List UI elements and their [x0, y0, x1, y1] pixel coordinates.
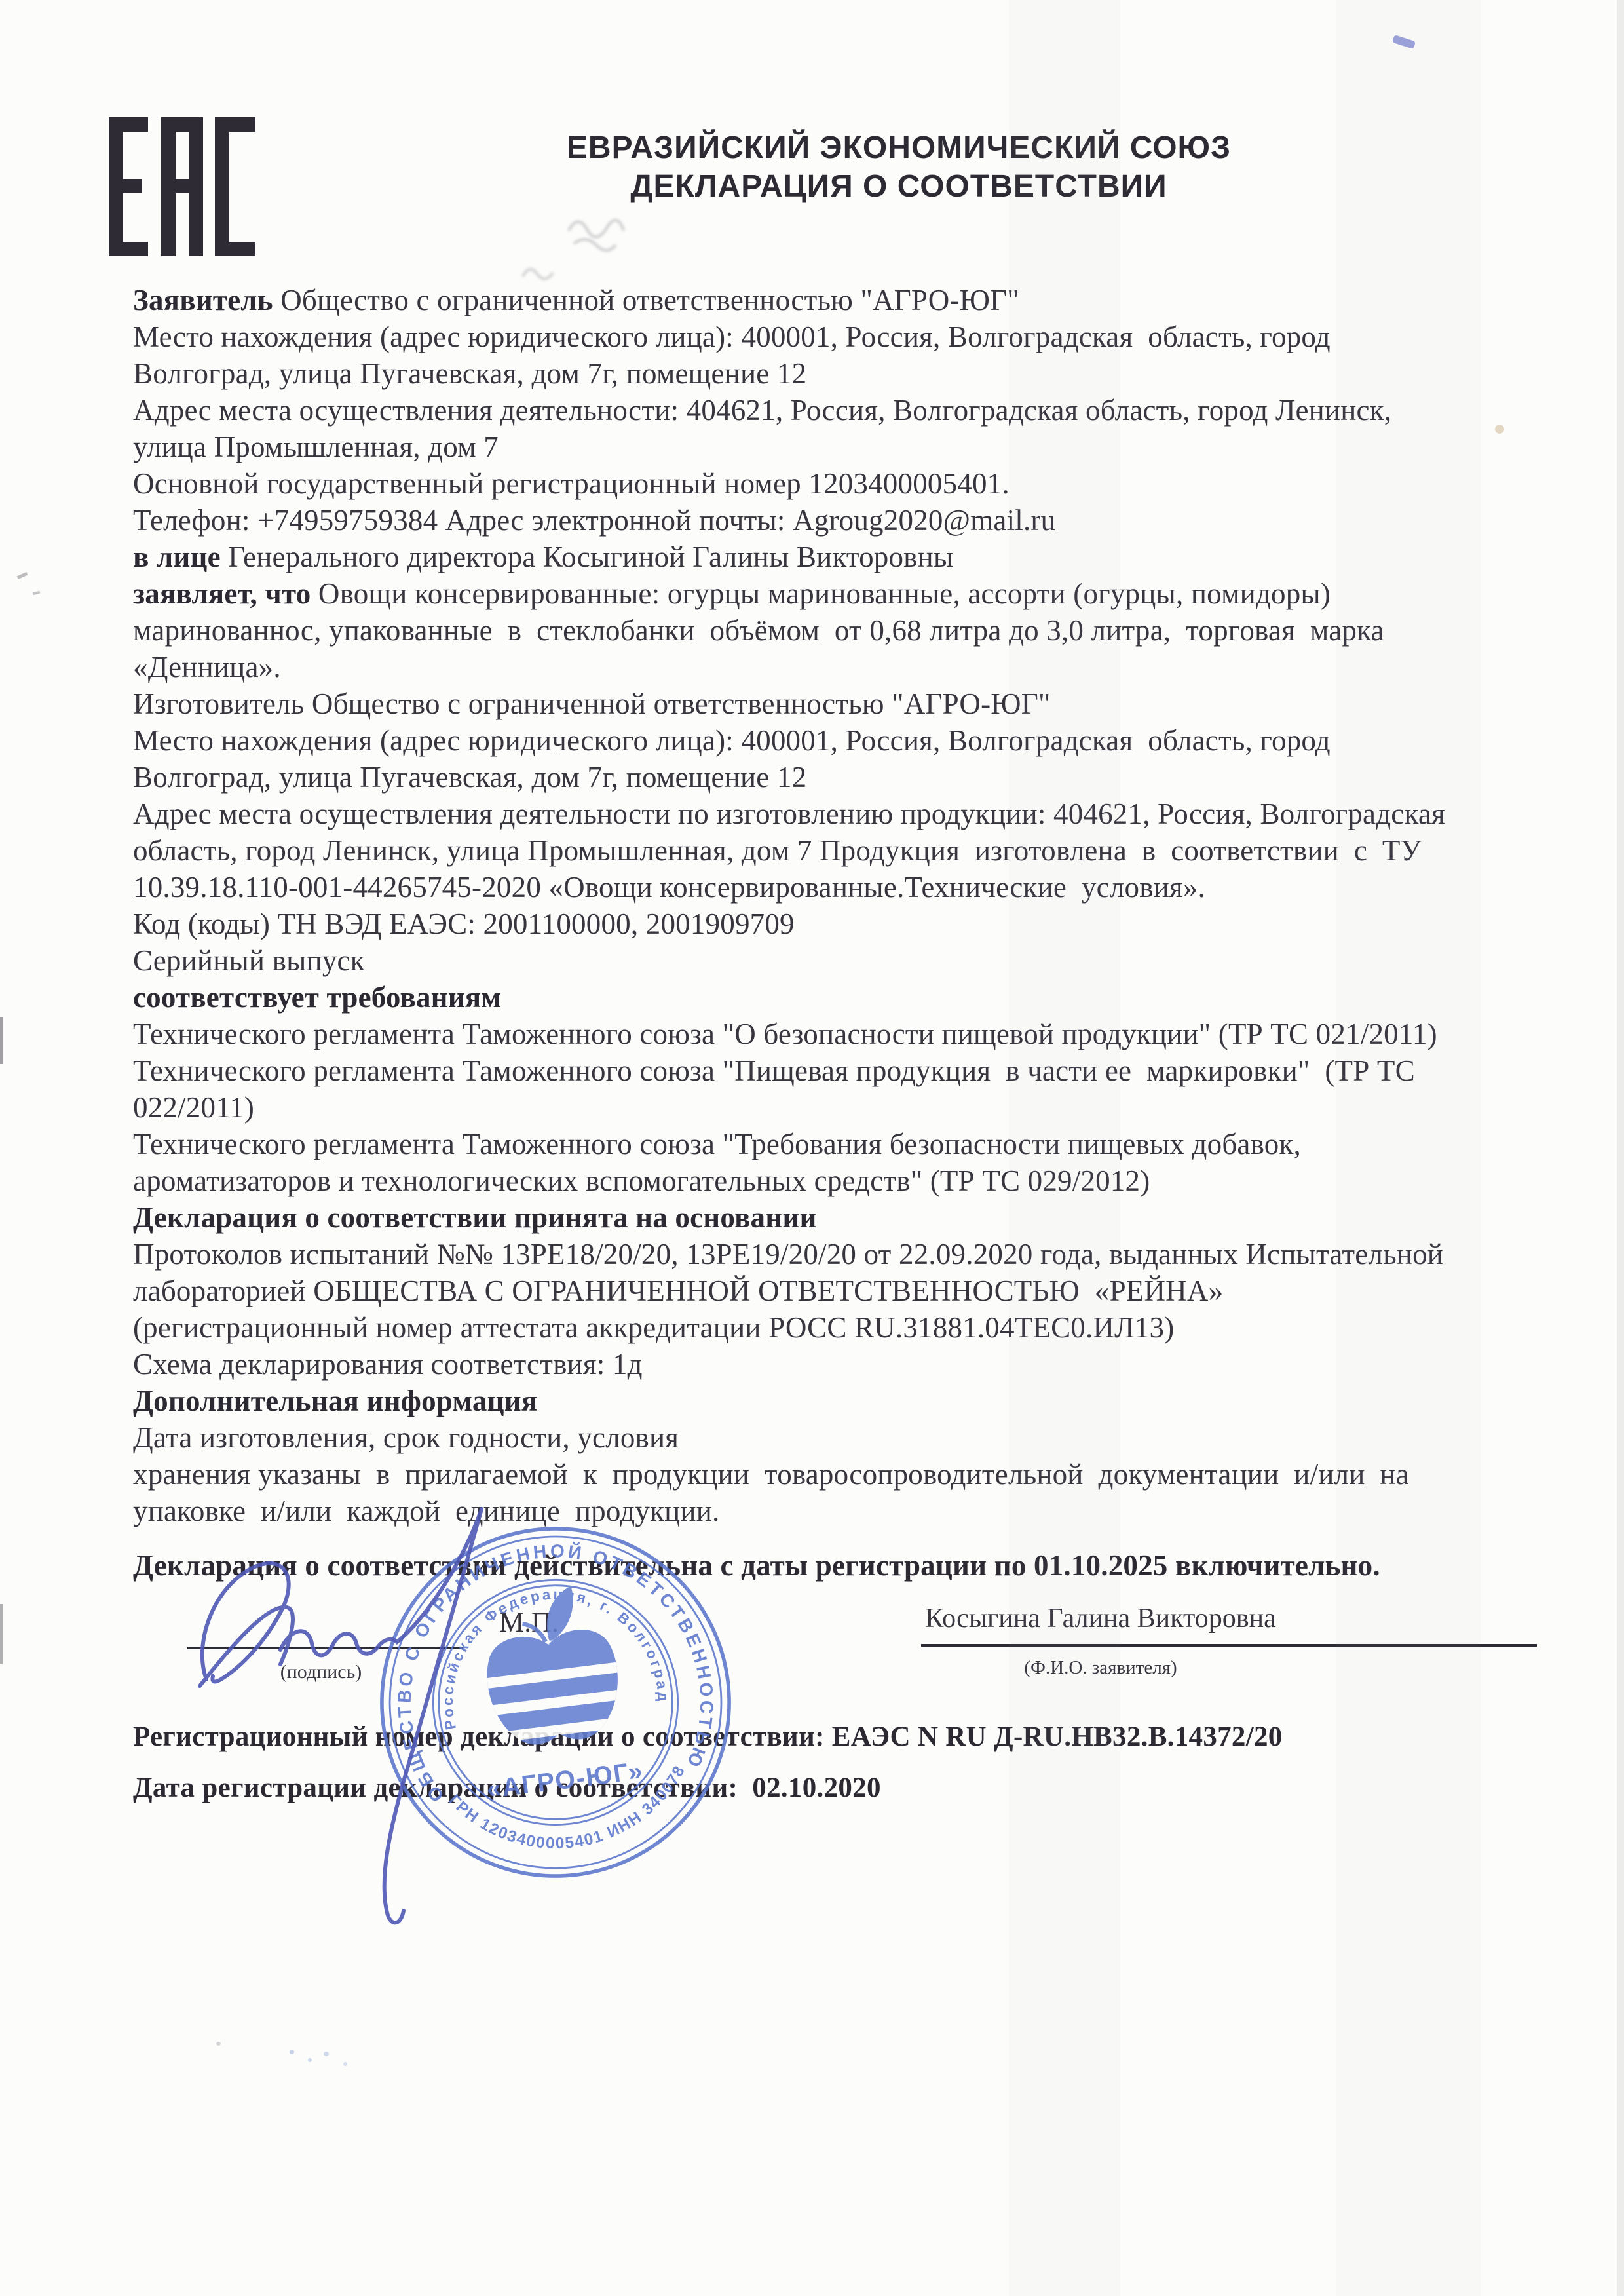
body-line: Код (коды) ТН ВЭД ЕАЭС: 2001100000, 2001…	[133, 906, 1555, 942]
body-line-segment: Телефон: +74959759384 Адрес электронной …	[133, 504, 1055, 537]
body-line: ароматизаторов и технологических вспомог…	[133, 1162, 1555, 1199]
body-line-segment: Протоколов испытаний №№ 13РЕ18/20/20, 13…	[133, 1238, 1443, 1271]
body-line: Адрес места осуществления деятельности п…	[133, 795, 1555, 832]
body-line-segment: Генерального директора Косыгиной Галины …	[221, 541, 954, 573]
body-line: Изготовитель Общество с ограниченной отв…	[133, 685, 1555, 722]
body-line-segment: Технического регламента Таможенного союз…	[133, 1128, 1301, 1160]
registration-number-value: ЕАЭС N RU Д-RU.НВ32.В.14372/20	[832, 1721, 1283, 1752]
body-line-bold-segment: заявляет, что	[133, 577, 311, 610]
body-line-bold-segment: Дополнительная информация	[133, 1385, 537, 1417]
margin-mark	[17, 572, 28, 579]
ink-speck	[290, 2050, 294, 2054]
document-body: Заявитель Общество с ограниченной ответс…	[133, 282, 1555, 1584]
body-line-segment: Основной государственный регистрационный…	[133, 467, 1010, 500]
edge-mark	[0, 1604, 3, 1664]
body-line-segment: лабораторией ОБЩЕСТВА С ОГРАНИЧЕННОЙ ОТВ…	[133, 1274, 1223, 1307]
body-line: 10.39.18.110-001-44265745-2020 «Овощи ко…	[133, 869, 1555, 906]
scan-edge	[1617, 0, 1624, 2296]
applicant-name: Косыгина Галина Викторовна	[858, 1603, 1343, 1634]
body-line-segment: Адрес места осуществления деятельности: …	[133, 394, 1391, 427]
handwritten-signature	[183, 1486, 511, 1961]
body-line-bold-segment: Заявитель	[133, 284, 273, 316]
body-line: Протоколов испытаний №№ 13РЕ18/20/20, 13…	[133, 1236, 1555, 1272]
body-line-segment: Волгоград, улица Пугачевская, дом 7г, по…	[133, 357, 806, 390]
paper-spot	[1495, 425, 1504, 434]
body-line-bold-segment: в лице	[133, 541, 221, 573]
body-line-segment: 022/2011)	[133, 1091, 254, 1124]
body-line: Телефон: +74959759384 Адрес электронной …	[133, 502, 1555, 539]
body-line: Место нахождения (адрес юридического лиц…	[133, 722, 1555, 759]
pencil-smudge	[518, 257, 563, 290]
body-line: в лице Генерального директора Косыгиной …	[133, 539, 1555, 575]
body-line-segment: Место нахождения (адрес юридического лиц…	[133, 320, 1331, 353]
body-line-segment: ароматизаторов и технологических вспомог…	[133, 1164, 1150, 1197]
document-page: ЕВРАЗИЙСКИЙ ЭКОНОМИЧЕСКИЙ СОЮЗ ДЕКЛАРАЦИ…	[0, 0, 1624, 2296]
body-line: улица Промышленная, дом 7	[133, 429, 1555, 465]
registration-date-value: 02.10.2020	[752, 1772, 881, 1803]
document-title: ЕВРАЗИЙСКИЙ ЭКОНОМИЧЕСКИЙ СОЮЗ ДЕКЛАРАЦИ…	[473, 128, 1325, 206]
edge-mark	[0, 1017, 3, 1064]
body-line: Дата изготовления, срок годности, услови…	[133, 1419, 1555, 1456]
body-line: Дополнительная информация	[133, 1383, 1555, 1419]
body-line: Адрес места осуществления деятельности: …	[133, 392, 1555, 429]
body-line-segment: Изготовитель Общество с ограниченной отв…	[133, 687, 1051, 720]
body-line-segment: Технического регламента Таможенного союз…	[133, 1054, 1415, 1087]
body-line: Технического регламента Таможенного союз…	[133, 1126, 1555, 1162]
body-line-segment: Общество с ограниченной ответственностью…	[273, 284, 1019, 316]
ink-speck	[1392, 35, 1416, 49]
body-line-segment: улица Промышленная, дом 7	[133, 430, 499, 463]
body-line-bold-segment: Декларация о соответствии принята на осн…	[133, 1201, 817, 1234]
fio-line	[921, 1644, 1537, 1647]
body-line-segment: Овощи консервированные: огурцы маринован…	[311, 577, 1331, 610]
body-line-segment: (регистрационный номер аттестата аккреди…	[133, 1311, 1174, 1344]
title-line-1: ЕВРАЗИЙСКИЙ ЭКОНОМИЧЕСКИЙ СОЮЗ	[473, 128, 1325, 167]
body-line: Декларация о соответствии принята на осн…	[133, 1199, 1555, 1236]
pencil-smudge	[565, 210, 650, 262]
body-line: маринованнос, упакованные в стеклобанки …	[133, 612, 1555, 649]
body-line: Технического регламента Таможенного союз…	[133, 1016, 1555, 1052]
eac-logo	[109, 117, 255, 257]
title-line-2: ДЕКЛАРАЦИЯ О СООТВЕТСТВИИ	[473, 167, 1325, 206]
body-line-segment: Место нахождения (адрес юридического лиц…	[133, 724, 1331, 757]
body-line: Схема декларирования соответствия: 1д	[133, 1346, 1555, 1383]
body-line: соответствует требованиям	[133, 979, 1555, 1016]
body-line-segment: Код (коды) ТН ВЭД ЕАЭС: 2001100000, 2001…	[133, 908, 795, 940]
ink-speck	[308, 2058, 312, 2062]
body-line: «Денница».	[133, 649, 1555, 685]
body-line: Волгоград, улица Пугачевская, дом 7г, по…	[133, 355, 1555, 392]
body-line-segment: 10.39.18.110-001-44265745-2020 «Овощи ко…	[133, 871, 1205, 904]
body-line-segment: область, город Ленинск, улица Промышленн…	[133, 834, 1422, 867]
margin-mark	[33, 591, 41, 596]
body-line: заявляет, что Овощи консервированные: ог…	[133, 575, 1555, 612]
fio-caption: (Ф.И.О. заявителя)	[996, 1657, 1205, 1679]
body-line-segment: маринованнос, упакованные в стеклобанки …	[133, 614, 1384, 647]
body-line: Волгоград, улица Пугачевская, дом 7г, по…	[133, 759, 1555, 795]
body-line-segment: Адрес места осуществления деятельности п…	[133, 797, 1445, 830]
paper-speck	[216, 2042, 221, 2046]
body-line-bold-segment: соответствует требованиям	[133, 981, 501, 1014]
body-line: Заявитель Общество с ограниченной ответс…	[133, 282, 1555, 318]
body-line-segment: «Денница».	[133, 651, 281, 683]
body-line-segment: Схема декларирования соответствия: 1д	[133, 1348, 643, 1381]
body-line-segment: Дата изготовления, срок годности, услови…	[133, 1421, 679, 1454]
body-line: область, город Ленинск, улица Промышленн…	[133, 832, 1555, 869]
body-line: Технического регламента Таможенного союз…	[133, 1052, 1555, 1089]
body-line: 022/2011)	[133, 1089, 1555, 1126]
body-line-segment: Технического регламента Таможенного союз…	[133, 1018, 1437, 1050]
ink-speck	[343, 2062, 347, 2066]
body-line: (регистрационный номер аттестата аккреди…	[133, 1309, 1555, 1346]
body-line: лабораторией ОБЩЕСТВА С ОГРАНИЧЕННОЙ ОТВ…	[133, 1272, 1555, 1309]
body-line-segment: Серийный выпуск	[133, 944, 365, 977]
body-line-segment: Волгоград, улица Пугачевская, дом 7г, по…	[133, 761, 806, 794]
ink-speck	[324, 2052, 329, 2056]
body-line: Основной государственный регистрационный…	[133, 465, 1555, 502]
body-line: Место нахождения (адрес юридического лиц…	[133, 318, 1555, 355]
body-line: Серийный выпуск	[133, 942, 1555, 979]
